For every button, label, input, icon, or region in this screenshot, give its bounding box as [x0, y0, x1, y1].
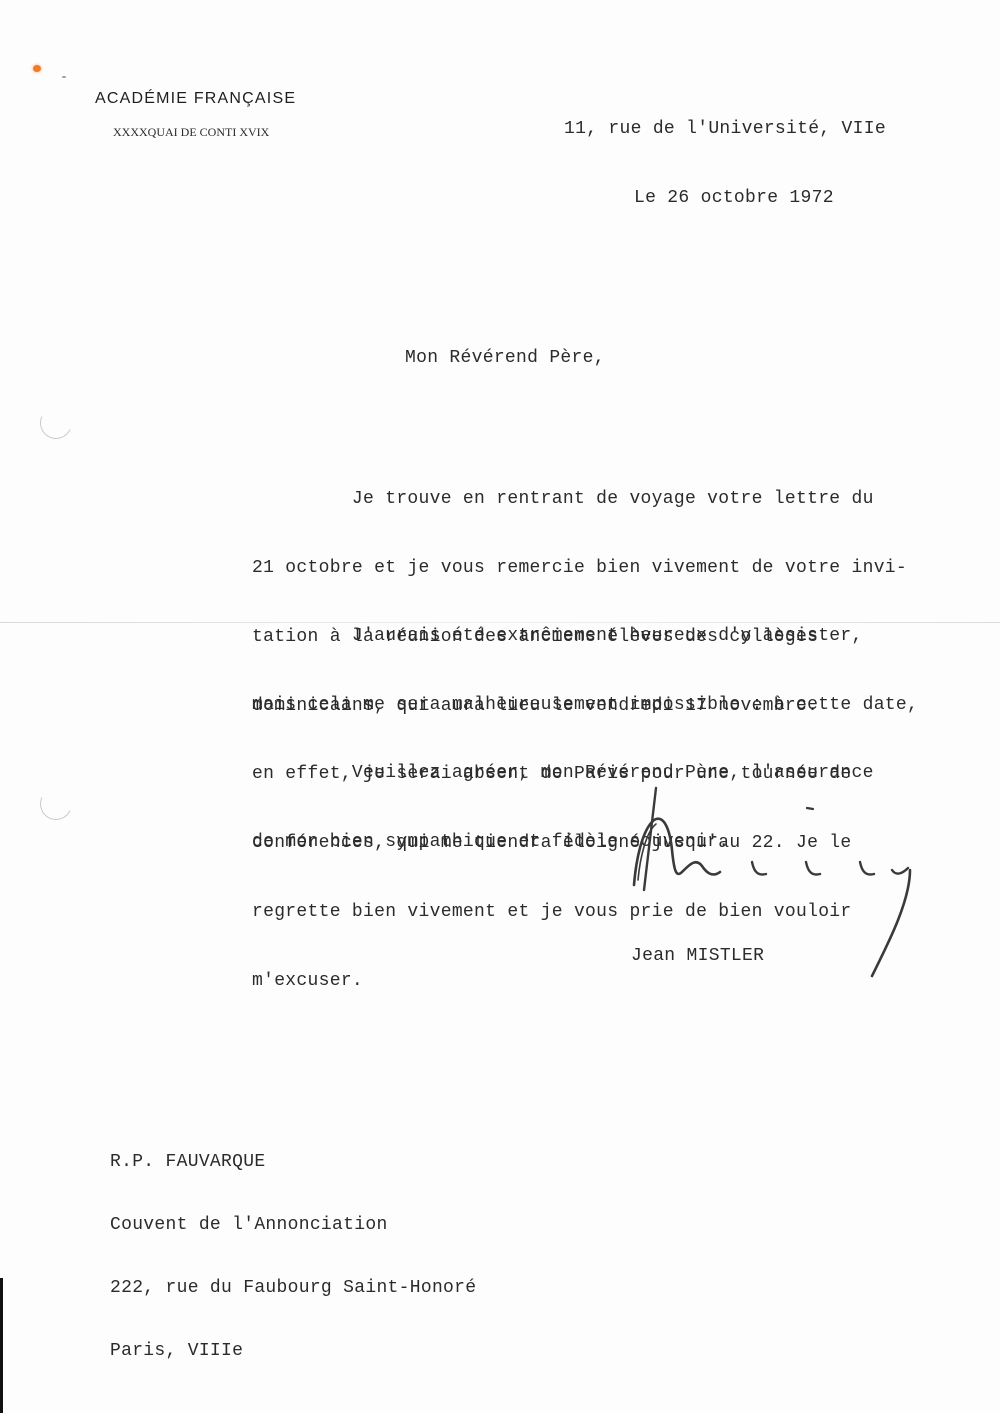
- recipient-address-line: Couvent de l'Annonciation: [110, 1215, 476, 1236]
- salutation: Mon Révérend Père,: [405, 348, 605, 368]
- recipient-address-block: R.P. FAUVARQUE Couvent de l'Annonciation…: [110, 1110, 476, 1383]
- scan-edge: [0, 1278, 3, 1413]
- recipient-name: R.P. FAUVARQUE: [110, 1152, 476, 1173]
- body-line: 21 octobre et je vous remercie bien vive…: [252, 557, 907, 580]
- paper-speck: [62, 76, 66, 78]
- punch-hole-mark: [35, 402, 76, 443]
- sender-address: 11, rue de l'Université, VIIe: [564, 119, 886, 139]
- recipient-address-line: 222, rue du Faubourg Saint-Honoré: [110, 1278, 476, 1299]
- body-line: mais cela me sera malheureusement imposs…: [252, 694, 918, 717]
- letterhead-struck-address: XXXXQUAI DE CONTI XVIX: [113, 125, 269, 140]
- letter-date: Le 26 octobre 1972: [634, 188, 834, 208]
- body-line: J'aurais été extrêmement heureux d'y ass…: [252, 625, 918, 648]
- body-line: Je trouve en rentrant de voyage votre le…: [252, 488, 907, 511]
- letterhead-institution: ACADÉMIE FRANÇAISE: [95, 90, 296, 108]
- signature-typed-name: Jean MISTLER: [631, 946, 764, 966]
- punch-hole-mark: [35, 783, 76, 824]
- ink-stain: [33, 65, 41, 72]
- recipient-address-line: Paris, VIIIe: [110, 1341, 476, 1362]
